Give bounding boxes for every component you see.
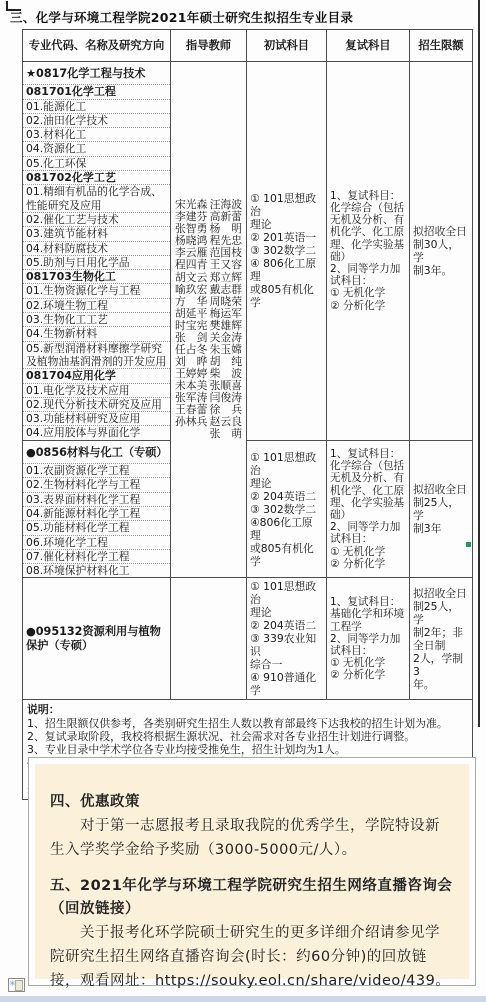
note-line: 说明： [27, 703, 468, 716]
advisor-list: 宋光森汪海波李建芬高新蕾张智勇杨 明杨晓鸿程先忠李云雁范国枝程四青王又容胡文云郑… [171, 199, 246, 440]
section-5-body: 关于报考化环学院硕士研究生的更多详细介绍请参见学院研究生招生网络直播咨询会(时长… [50, 921, 454, 993]
advisor-name: 张 萌 [210, 428, 242, 440]
image-placeholder-icon: ✳ [8, 978, 25, 992]
initial-exam-cell: ① 101思想政治 理论 ② 201英语一 ③ 302数学二 ④ 806化工原理… [247, 62, 327, 441]
program-item: 04.应用胶体与界面化学 [23, 426, 170, 439]
program-item: 01.能源化工 [23, 100, 170, 114]
program-item: 05.新型润滑材料摩擦学研究及植物油基润滑剂的开发应用 [23, 342, 170, 370]
program-item: 05.助剂与日用化学品 [23, 256, 170, 270]
program-item: 03.生物化工工艺 [23, 313, 170, 327]
note-line: 2、复试录取阶段，我校将根据生源状况、社会需求对各专业招生计划进行调整。 [27, 730, 468, 743]
advisor-pair: 胡延平梅运军 [171, 308, 246, 320]
program-item: 02.现代分析技术研究及应用 [23, 398, 170, 412]
advisors-cell-empty [171, 578, 247, 700]
advisor-name: 梅运军 [210, 308, 242, 320]
program-item: ●095132资源利用与植物保护（专硕） [23, 625, 170, 653]
col-header-advisors: 指导教师 [171, 30, 247, 62]
program-list: ●095132资源利用与植物保护（专硕） [23, 625, 170, 653]
note-line: 1、招生限额仅供参考，各类别研究生招生人数以教育部最终下达我校的招生计划为准。 [27, 717, 468, 730]
section-4-body: 对于第一志愿报考且录取我院的优秀学生，学院特设新生入学奖学金给予奖励（3000-… [50, 814, 454, 862]
program-item: 03.建筑节能材料 [23, 227, 170, 241]
advisor-name: 郑立辉 [210, 272, 242, 284]
program-directions-cell: ●0856材料与化工（专硕）01.农副资源化学工程02.生物材料化学与工程03.… [23, 440, 171, 578]
col-header-initial-exam: 初试科目 [247, 30, 327, 62]
program-item: 04.材料防腐技术 [23, 242, 170, 256]
page-title: 三、化学与环境工程学院2021年硕士研究生拟招生专业目录 [10, 8, 353, 26]
program-item: 01.电化学及技术应用 [23, 384, 170, 398]
col-header-retest: 复试科目 [327, 30, 410, 62]
program-item: 01.生物资源化学与工程 [23, 284, 170, 298]
program-item: 08.环境保护材料化工 [23, 564, 170, 577]
retest-subjects-cell: 1、复试科目： 化学综合（包括 无机及分析、有 机化学、化工原 理、化学实验基 … [327, 440, 410, 578]
retest-subjects-cell: 1、复试科目： 基础化学和环境 工程学 2、同等学力加 试科目： ① 无机化学 … [327, 578, 410, 700]
advisor-name: 胡延平 [175, 308, 207, 320]
program-list: ★0817化学工程与技术081701化学工程01.能源化工02.油田化学技术03… [23, 62, 170, 440]
program-item: 04.新能源材料化学工程 [23, 507, 170, 521]
program-item: 04.资源化工 [23, 142, 170, 156]
program-item: 02.环境生物工程 [23, 299, 170, 313]
note-line: 3、专业目录中学术学位各专业均接受推免生，招生计划均为1人。 [27, 743, 468, 756]
quota-cell: 拟招收全日 制30人，学 制3年。 [410, 62, 473, 441]
advisor-pair: 张 萌 [171, 428, 246, 440]
advisor-name: 程四青 [175, 259, 207, 271]
group-row-0856: ●0856材料与化工（专硕）01.农副资源化学工程02.生物材料化学与工程03.… [23, 440, 473, 578]
advisor-name: 樊雄辉 [210, 320, 242, 332]
page-glyph [15, 980, 23, 991]
program-item: 081701化学工程 [23, 85, 170, 99]
group-row-095132: ●095132资源利用与植物保护（专硕） ① 101思想政治 理论 ② 204英… [23, 578, 473, 700]
program-item: 06.环境化学工程 [23, 536, 170, 550]
group-row-0817: ★0817化学工程与技术081701化学工程01.能源化工02.油田化学技术03… [23, 62, 473, 441]
program-item: 02.油田化学技术 [23, 114, 170, 128]
quota-cell: 拟招收全日 制25人，学 制2年；非 全日制 2人，学制3 年。 [410, 578, 473, 700]
table-header-row: 专业代码、名称及研究方向 指导教师 初试科目 复试科目 招生限额 [23, 30, 473, 62]
program-item: 05.功能材料化学工程 [23, 521, 170, 535]
advisor-name: 胡文云 [175, 272, 207, 284]
program-item: 081702化学工艺 [23, 171, 170, 185]
advisor-name: 方 华 [175, 296, 207, 308]
program-directions-cell: ●095132资源利用与植物保护（专硕） [23, 578, 171, 700]
advisor-name: 孙林兵 [175, 416, 207, 428]
advisor-pair: 胡文云郑立辉 [171, 272, 246, 284]
section-5-heading: 五、2021年化学与环境工程学院研究生招生网络直播咨询会 （回放链接） [50, 875, 454, 921]
program-item: 05.化工环保 [23, 157, 170, 171]
program-item: 03.功能材料研究及应用 [23, 412, 170, 426]
program-item: 081704应用化学 [23, 369, 170, 383]
quota-cell: 拟招收全日 制25人，学 制3年 [410, 440, 473, 578]
program-item: ★0817化学工程与技术 [23, 62, 170, 85]
program-item: 01.精细有机品的化学合成、性能研究及应用 [23, 185, 170, 213]
advisor-pair: 张 剑关金涛 [171, 332, 246, 344]
col-header-quota: 招生限额 [410, 30, 473, 62]
program-list: ●0856材料与化工（专硕）01.农副资源化学工程02.生物材料化学与工程03.… [23, 441, 170, 578]
advisor-pair: 方 华周晓荣 [171, 296, 246, 308]
program-item: 02.生物材料化学与工程 [23, 478, 170, 492]
advisors-cell: 宋光森汪海波李建芬高新蕾张智勇杨 明杨晓鸿程先忠李云雁范国枝程四青王又容胡文云郑… [171, 62, 247, 578]
page-edge-line [478, 0, 480, 727]
initial-exam-cell: ① 101思想政治 理论 ② 204英语二 ③ 302数学二 ④806化工原理 … [247, 440, 327, 578]
advisor-name: 周晓荣 [210, 296, 242, 308]
admissions-catalog-table: 专业代码、名称及研究方向 指导教师 初试科目 复试科目 招生限额 ★0817化学… [22, 29, 473, 800]
info-panel: 四、优惠政策 对于第一志愿报考且录取我院的优秀学生，学院特设新生入学奖学金给予奖… [28, 757, 476, 986]
advisor-pair: 程四青王又容 [171, 259, 246, 271]
advisor-name: 张 剑 [175, 332, 207, 344]
advisor-name: 时宝宪 [175, 320, 207, 332]
program-item: 03.表界面材料化学工程 [23, 493, 170, 507]
retest-subjects-cell: 1、复试科目： 化学综合（包括 无机及分析、有 机化学、化工原 理、化学实验基 … [327, 62, 410, 441]
info-panel-content: 四、优惠政策 对于第一志愿报考且录取我院的优秀学生，学院特设新生入学奖学金给予奖… [35, 764, 469, 979]
annotation-marker [466, 542, 471, 547]
section-4-heading: 四、优惠政策 [50, 791, 454, 814]
program-item: ●0856材料与化工（专硕） [23, 441, 170, 464]
advisor-pair: 时宝宪樊雄辉 [171, 320, 246, 332]
advisor-pair: 喻玖宏戴志群 [171, 284, 246, 296]
advisor-name: 喻玖宏 [175, 284, 207, 296]
program-item: 03.材料化工 [23, 128, 170, 142]
col-header-program: 专业代码、名称及研究方向 [23, 30, 171, 62]
program-item: 04.生物新材料 [23, 327, 170, 341]
advisor-name: 戴志群 [210, 284, 242, 296]
program-directions-cell: ★0817化学工程与技术081701化学工程01.能源化工02.油田化学技术03… [23, 62, 171, 441]
initial-exam-cell: ① 101思想政治 理论 ② 204英语二 ③ 339农业知识 综合一 ④ 91… [247, 578, 327, 700]
program-item: 01.农副资源化学工程 [23, 464, 170, 478]
page-bottom-strip [0, 996, 486, 1002]
program-item: 07.催化材料化学工程 [23, 550, 170, 564]
program-item: 02.催化工艺与技术 [23, 213, 170, 227]
advisor-name: 关金涛 [210, 332, 242, 344]
program-item: 081703生物化工 [23, 270, 170, 284]
advisor-name: 王又容 [210, 259, 242, 271]
